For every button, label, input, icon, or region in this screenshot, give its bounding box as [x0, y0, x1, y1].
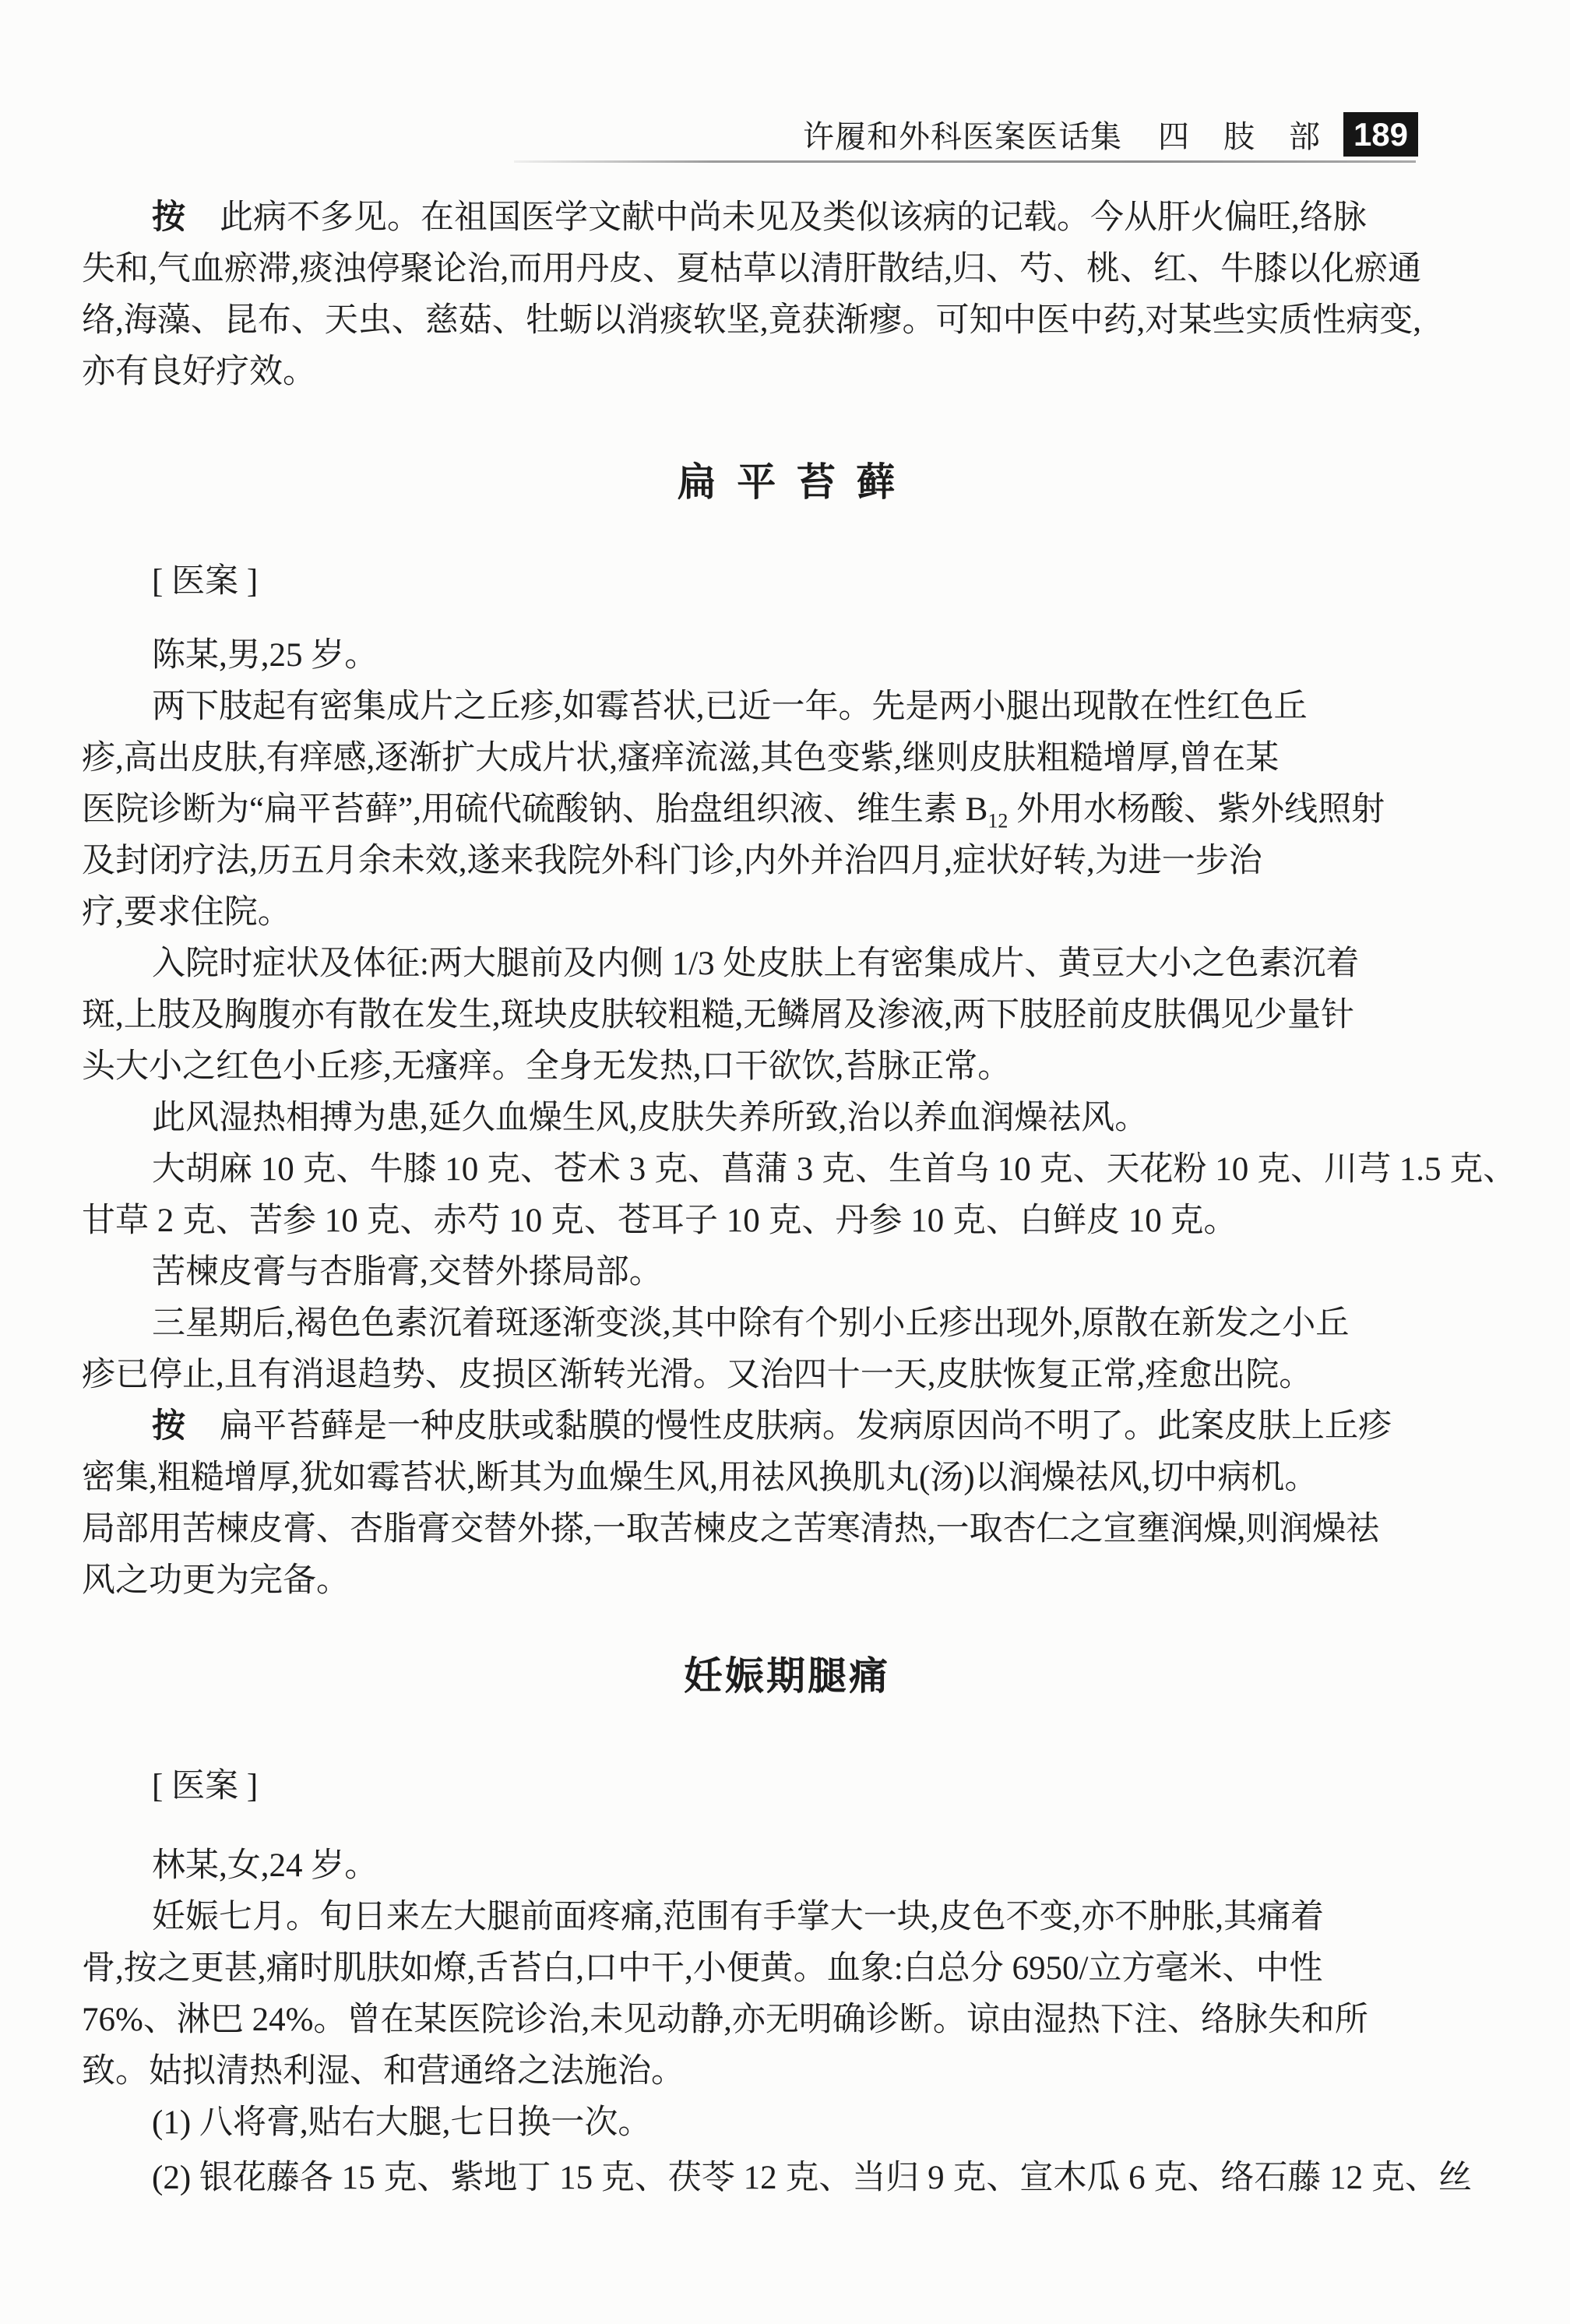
body-line: 妊娠七月。旬日来左大腿前面疼痛,范围有手掌大一块,皮色不变,亦不肿胀,其痛着 [82, 1892, 1492, 1943]
body-line: 疗,要求住院。 [82, 887, 1492, 938]
body-line: 入院时症状及体征:两大腿前及内侧 1/3 处皮肤上有密集成片、黄豆大小之色素沉着 [82, 938, 1492, 990]
book-page: 许履和外科医案医话集 四 肢 部 189 按此病不多见。在祖国医学文献中尚未见及… [0, 0, 1570, 2324]
body-line: 亦有良好疗效。 [82, 347, 1492, 398]
body-line: 苦楝皮膏与杏脂膏,交替外搽局部。 [82, 1247, 1492, 1298]
formula-line: 大胡麻 10 克、牛膝 10 克、苍术 3 克、菖蒲 3 克、生首乌 10 克、… [82, 1144, 1492, 1195]
note-label: 按 [152, 1408, 185, 1445]
note-paragraph-line: 按此病不多见。在祖国医学文献中尚未见及类似该病的记载。今从肝火偏旺,络脉 [82, 192, 1492, 244]
body-line: 及封闭疗法,历五月余未效,遂来我院外科门诊,内外并治四月,症状好转,为进一步治 [82, 836, 1492, 887]
body-line: 疹已停止,且有消退趋势、皮损区渐转光滑。又治四十一天,皮肤恢复正常,痊愈出院。 [82, 1350, 1492, 1401]
body-line: 骨,按之更甚,痛时肌肤如燎,舌苔白,口中干,小便黄。血象:白总分 6950/立方… [82, 1943, 1492, 1995]
body-line-text: 医院诊断为“扁平苔藓”,用硫代硫酸钠、胎盘组织液、维生素 B [82, 791, 987, 828]
chapter-title: 四 肢 部 [1158, 112, 1320, 157]
running-head: 许履和外科医案医话集 四 肢 部 189 [82, 108, 1492, 160]
header-rule [514, 160, 1416, 163]
body-line: 76%、淋巴 24%。曾在某医院诊治,未见动静,亦无明确诊断。谅由湿热下注、络脉… [82, 1995, 1492, 2046]
section-heading-lichen: 扁 平 苔 藓 [82, 455, 1492, 509]
body-line: 斑,上肢及胸腹亦有散在发生,斑块皮肤较粗糙,无鳞屑及渗液,两下肢胫前皮肤偶见少量… [82, 990, 1492, 1041]
body-line: 局部用苦楝皮膏、杏脂膏交替外搽,一取苦楝皮之苦寒清热,一取杏仁之宣壅润燥,则润燥… [82, 1504, 1492, 1555]
body-line: 两下肢起有密集成片之丘疹,如霉苔状,已近一年。先是两小腿出现散在性红色丘 [82, 681, 1492, 733]
page-body: 按此病不多见。在祖国医学文献中尚未见及类似该病的记载。今从肝火偏旺,络脉 失和,… [82, 192, 1492, 2204]
body-line: 三星期后,褐色色素沉着斑逐渐变淡,其中除有个别小丘疹出现外,原散在新发之小丘 [82, 1298, 1492, 1350]
body-line: 此风湿热相搏为患,延久血燥生风,皮肤失养所致,治以养血润燥祛风。 [82, 1093, 1492, 1144]
page-header: 许履和外科医案医话集 四 肢 部 189 [82, 108, 1492, 163]
body-line: 失和,气血瘀滞,痰浊停聚论治,而用丹皮、夏枯草以清肝散结,归、芍、桃、红、牛膝以… [82, 244, 1492, 295]
body-line: 风之功更为完备。 [82, 1555, 1492, 1607]
body-line-text: 外用水杨酸、紫外线照射 [1008, 791, 1385, 828]
vitamin-b12-subscript: 12 [987, 810, 1008, 833]
case-label: [ 医案 ] [82, 556, 1492, 607]
book-title: 许履和外科医案医话集 [803, 112, 1122, 157]
body-line: 密集,粗糙增厚,犹如霉苔状,断其为血燥生风,用祛风换肌丸(汤)以润燥祛风,切中病… [82, 1452, 1492, 1504]
prescription-line: (2) 银花藤各 15 克、紫地丁 15 克、茯苓 12 克、当归 9 克、宣木… [82, 2153, 1492, 2204]
body-line-with-subscript: 医院诊断为“扁平苔藓”,用硫代硫酸钠、胎盘组织液、维生素 B12 外用水杨酸、紫… [82, 784, 1492, 836]
body-line: 头大小之红色小丘疹,无瘙痒。全身无发热,口干欲饮,苔脉正常。 [82, 1041, 1492, 1093]
case-label: [ 医案 ] [82, 1761, 1492, 1812]
patient-line: 林某,女,24 岁。 [82, 1840, 1492, 1892]
formula-line: 甘草 2 克、苦参 10 克、赤芍 10 克、苍耳子 10 克、丹参 10 克、… [82, 1195, 1492, 1247]
section-heading-pregnancy: 妊娠期腿痛 [82, 1649, 1492, 1703]
body-line-text: 此病不多见。在祖国医学文献中尚未见及类似该病的记载。今从肝火偏旺,络脉 [220, 199, 1367, 236]
body-line: 络,海藻、昆布、天虫、慈菇、牡蛎以消痰软坚,竟获渐瘳。可知中医中药,对某些实质性… [82, 295, 1492, 347]
body-line-text: 扁平苔藓是一种皮肤或黏膜的慢性皮肤病。发病原因尚不明了。此案皮肤上丘疹 [220, 1408, 1392, 1445]
note-label: 按 [152, 199, 185, 236]
note-paragraph-line: 按扁平苔藓是一种皮肤或黏膜的慢性皮肤病。发病原因尚不明了。此案皮肤上丘疹 [82, 1401, 1492, 1452]
body-line: 致。姑拟清热利湿、和营通络之法施治。 [82, 2046, 1492, 2097]
patient-line: 陈某,男,25 岁。 [82, 630, 1492, 681]
body-line: 疹,高出皮肤,有痒感,逐渐扩大成片状,瘙痒流滋,其色变紫,继则皮肤粗糙增厚,曾在… [82, 733, 1492, 784]
prescription-line: (1) 八将膏,贴右大腿,七日换一次。 [82, 2097, 1492, 2149]
page-number-badge: 189 [1343, 112, 1418, 157]
